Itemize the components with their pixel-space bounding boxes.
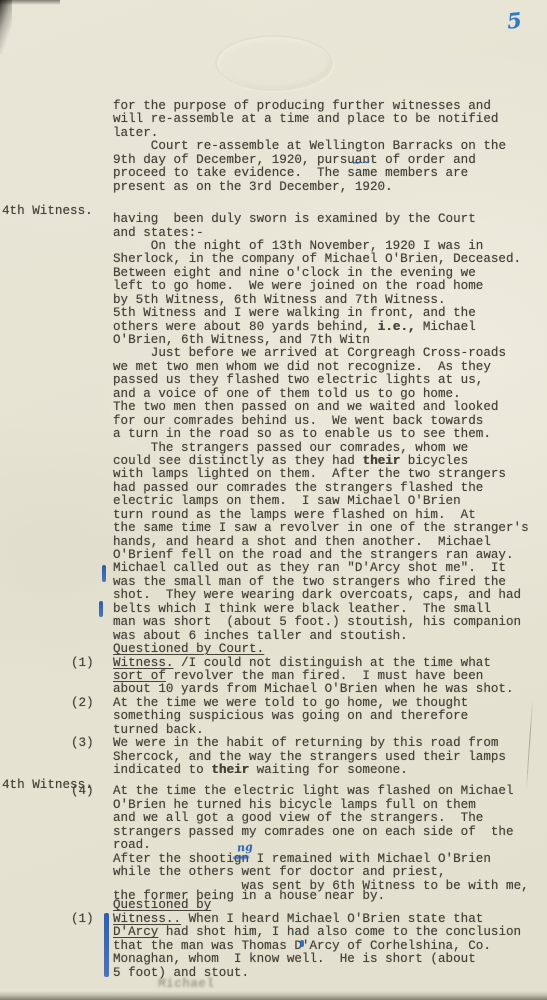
text-line: a turn in the road so as to enable us to… xyxy=(113,428,547,441)
text-line: something suspicious was going on and th… xyxy=(113,710,547,723)
text-line: O'Brienf fell on the road and the strang… xyxy=(113,549,547,562)
text-line: and we all got a good view of the strang… xyxy=(113,812,547,825)
text-line: After the shootign I remained with Micha… xyxy=(113,853,547,866)
text-line: The strangers passed our comrades, whom … xyxy=(113,442,547,455)
answer-item-number: (2) xyxy=(71,697,94,710)
text-segment: shot. They were wearing dark overcoats, … xyxy=(113,588,521,602)
answer-item-number: (1) xyxy=(71,657,94,670)
text-segment: something suspicious was going on and th… xyxy=(113,709,468,723)
text-segment: Sherlock, in the company of Michael O'Br… xyxy=(113,252,521,266)
text-segment: that the man was Thomas D'Arcy of Corhel… xyxy=(113,939,491,953)
text-segment: Just before we arrived at Corgreagh Cros… xyxy=(151,346,506,360)
text-segment: left to go home. We were joined on the r… xyxy=(113,279,483,293)
text-line: and states:- xyxy=(113,227,547,240)
text-line: hands, and heard a shot and then another… xyxy=(113,536,547,549)
text-segment: When I heard Michael O'Brien state that xyxy=(181,912,483,926)
text-line: Michael called out as they ran "D'Arcy s… xyxy=(113,562,547,575)
text-line: by 5th Witness, 6th Witness and 7th Witn… xyxy=(113,294,547,307)
text-segment: hands, and heard a shot and then another… xyxy=(113,535,491,549)
text-segment: O'Brien, 6th Witness, and 7th Witn xyxy=(113,333,370,347)
text-segment: while the others went for doctor and pri… xyxy=(113,865,446,879)
text-segment: turn round as the lamps were flashed on … xyxy=(113,508,476,522)
text-segment: Monaghan, whom I know well. He is short … xyxy=(113,952,476,966)
text-line: road. xyxy=(113,839,547,852)
text-line: On the night of 13th November, 1920 I wa… xyxy=(113,240,547,253)
text-segment: about 10 yards from Michael O'Brien when… xyxy=(113,682,514,696)
text-line: proceed to take evidence. The same membe… xyxy=(113,167,547,180)
text-line: had passed our comrades the strangers fl… xyxy=(113,482,547,495)
text-segment: could see distinctly as they had xyxy=(113,454,362,468)
text-line: the same time I saw a revolver in one of… xyxy=(113,522,547,535)
text-segment: At the time we were told to go home, we … xyxy=(113,696,468,710)
text-segment: Shercock, and the way the strangers used… xyxy=(113,750,506,764)
text-line: we met two men whom we did not recognize… xyxy=(113,361,547,374)
text-segment: with lamps lighted on them. After the tw… xyxy=(113,467,506,481)
text-line: shot. They were wearing dark overcoats, … xyxy=(113,589,547,602)
text-line: indicated to their waiting for someone. xyxy=(113,764,547,777)
text-line: was the small man of the two strangers w… xyxy=(113,576,547,589)
text-line: later. xyxy=(113,127,547,140)
text-line: about 10 yards from Michael O'Brien when… xyxy=(113,683,547,696)
text-segment: we met two men whom we did not recognize… xyxy=(113,360,491,374)
text-segment: /I could not distinguish at the time wha… xyxy=(173,656,490,670)
page-top-edge-shadow xyxy=(0,0,60,5)
text-segment: We were in the habit of returning by thi… xyxy=(113,736,498,750)
text-segment: The strangers passed our comrades, whom … xyxy=(151,441,468,455)
text-segment: proceed to take evidence. The same membe… xyxy=(113,166,468,180)
text-line: Questioned by xyxy=(113,899,547,912)
text-line: (1)Witness. /I could not distinguish at … xyxy=(113,657,547,670)
text-segment: Witness.. xyxy=(113,912,181,926)
scanned-document-page: 5 for the purpose of producing further w… xyxy=(0,0,547,1000)
text-line: and a voice of one of them told us to go… xyxy=(113,388,547,401)
text-line: will re-assemble at a time and place to … xyxy=(113,113,547,126)
text-segment: The two men then passed on and we waited… xyxy=(113,400,498,414)
text-segment: had shot him, I had also come to the con… xyxy=(158,925,521,939)
text-segment: Michael called out as they ran "D'Arcy s… xyxy=(113,561,506,575)
text-segment: their xyxy=(362,454,400,468)
text-line: that the man was Thomas D'Arcy of Corhel… xyxy=(113,940,547,953)
text-line: was about 6 inches taller and stoutish. xyxy=(113,630,547,643)
text-line: electric lamps on them. I saw Michael O'… xyxy=(113,495,547,508)
text-segment: belts which I think were black leather. … xyxy=(113,602,491,616)
text-line: Questioned by Court. xyxy=(113,643,547,656)
typewritten-text-block: for the purpose of producing further wit… xyxy=(0,100,547,980)
text-line: O'Brien, 6th Witness, and 7th Witn xyxy=(113,334,547,347)
text-line: while the others went for doctor and pri… xyxy=(113,866,547,879)
text-segment: Questioned by xyxy=(113,898,211,912)
text-line: Shercock, and the way the strangers used… xyxy=(113,751,547,764)
text-line: could see distinctly as they had their b… xyxy=(113,455,547,468)
text-segment: and we all got a good view of the strang… xyxy=(113,811,483,825)
text-segment: sort of xyxy=(113,669,166,683)
text-line: sort of revolver the man fired. I must h… xyxy=(113,670,547,683)
text-segment: was about 6 inches taller and stoutish. xyxy=(113,629,408,643)
text-segment: electric lamps on them. I saw Michael O'… xyxy=(113,494,461,508)
text-line: Monaghan, whom I know well. He is short … xyxy=(113,953,547,966)
text-line: 4th Witness.(4)At the time the electric … xyxy=(113,785,547,798)
answer-item-number: (4) xyxy=(71,785,94,798)
text-line: (2)At the time we were told to go home, … xyxy=(113,697,547,710)
text-line: passed us they flashed two electric ligh… xyxy=(113,374,547,387)
text-line: Court re-assemble at Wellington Barracks… xyxy=(113,140,547,153)
text-segment: i.e., xyxy=(378,320,416,334)
text-segment: Court re-assemble at Wellington Barracks… xyxy=(151,139,506,153)
paper-watermark-emboss xyxy=(215,35,333,91)
ink-offset-ghost-text: Michael xyxy=(158,977,215,991)
text-segment: will re-assemble at a time and place to … xyxy=(113,112,498,126)
text-segment: their xyxy=(211,763,249,777)
text-segment: passed us they flashed two electric ligh… xyxy=(113,373,483,387)
text-segment: having been duly sworn is examined by th… xyxy=(113,212,476,226)
text-line: strangers passed my comrades one on each… xyxy=(113,826,547,839)
text-line: left to go home. We were joined on the r… xyxy=(113,280,547,293)
page-corner-shadow xyxy=(0,0,12,54)
text-segment: indicated to xyxy=(113,763,211,777)
text-segment: After the shootign I remained with Micha… xyxy=(113,852,491,866)
text-line: belts which I think were black leather. … xyxy=(113,603,547,616)
answer-item-number: (3) xyxy=(71,737,94,750)
text-line: Between eight and nine o'clock in the ev… xyxy=(113,267,547,280)
text-segment: later. xyxy=(113,126,158,140)
text-line: O'Brien he turned his bicycle lamps full… xyxy=(113,799,547,812)
text-line: with lamps lighted on them. After the tw… xyxy=(113,468,547,481)
text-segment: road. xyxy=(113,838,151,852)
text-segment: strangers passed my comrades one on each… xyxy=(113,825,514,839)
handwritten-page-number: 5 xyxy=(506,7,523,33)
text-segment: for our comrades behind us. We went back… xyxy=(113,414,483,428)
text-segment: O'Brienf fell on the road and the strang… xyxy=(113,548,514,562)
text-segment: the same time I saw a revolver in one of… xyxy=(113,521,529,535)
text-segment: 9th day of December, 1920, pursuant of o… xyxy=(113,153,476,167)
text-segment: by 5th Witness, 6th Witness and 7th Witn… xyxy=(113,293,446,307)
text-line: 4th Witness.having been duly sworn is ex… xyxy=(113,213,547,226)
witness-margin-label: 4th Witness. xyxy=(2,205,93,218)
text-segment: At the time the electric light was flash… xyxy=(113,784,514,798)
text-segment: bicycles xyxy=(400,454,468,468)
text-segment: Michael xyxy=(415,320,475,334)
text-line: others were about 80 yards behind, i.e.,… xyxy=(113,321,547,334)
text-segment: and a voice of one of them told us to go… xyxy=(113,387,461,401)
text-line: D'Arcy had shot him, I had also come to … xyxy=(113,926,547,939)
text-segment: and states:- xyxy=(113,226,204,240)
text-line: present as on the 3rd December, 1920. xyxy=(113,181,547,194)
text-segment: Witness. xyxy=(113,656,173,670)
text-segment: for the purpose of producing further wit… xyxy=(113,99,491,113)
text-segment: revolver the man fired. I must have been xyxy=(166,669,483,683)
text-segment: was the small man of the two strangers w… xyxy=(113,575,506,589)
text-line: (1)Witness.. When I heard Michael O'Brie… xyxy=(113,913,547,926)
text-line: (3)We were in the habit of returning by … xyxy=(113,737,547,750)
text-line: Sherlock, in the company of Michael O'Br… xyxy=(113,253,547,266)
text-segment: D'Arcy xyxy=(113,925,158,939)
text-line: Just before we arrived at Corgreagh Cros… xyxy=(113,347,547,360)
text-line: The two men then passed on and we waited… xyxy=(113,401,547,414)
text-segment: had passed our comrades the strangers fl… xyxy=(113,481,483,495)
page-bottom-edge-shadow xyxy=(0,991,547,1000)
text-line: 5th Witness and I were walking in front,… xyxy=(113,307,547,320)
text-segment: O'Brien he turned his bicycle lamps full… xyxy=(113,798,476,812)
answer-item-number: (1) xyxy=(71,913,94,926)
text-segment: others were about 80 yards behind, xyxy=(113,320,378,334)
text-segment: On the night of 13th November, 1920 I wa… xyxy=(151,239,484,253)
text-segment: 5th Witness and I were walking in front,… xyxy=(113,306,476,320)
text-segment: turned back. xyxy=(113,723,204,737)
text-segment: Questioned by Court. xyxy=(113,642,264,656)
text-line: for the purpose of producing further wit… xyxy=(113,100,547,113)
text-segment: a turn in the road so as to enable us to… xyxy=(113,427,491,441)
text-segment: Between eight and nine o'clock in the ev… xyxy=(113,266,476,280)
text-segment: waiting for someone. xyxy=(249,763,408,777)
text-line: turn round as the lamps were flashed on … xyxy=(113,509,547,522)
text-line: 9th day of December, 1920, pursuant of o… xyxy=(113,154,547,167)
text-line: for our comrades behind us. We went back… xyxy=(113,415,547,428)
text-segment: man was short (about 5 foot.) stoutish, … xyxy=(113,615,521,629)
text-line: man was short (about 5 foot.) stoutish, … xyxy=(113,616,547,629)
text-line: turned back. xyxy=(113,724,547,737)
text-segment: present as on the 3rd December, 1920. xyxy=(113,180,393,194)
